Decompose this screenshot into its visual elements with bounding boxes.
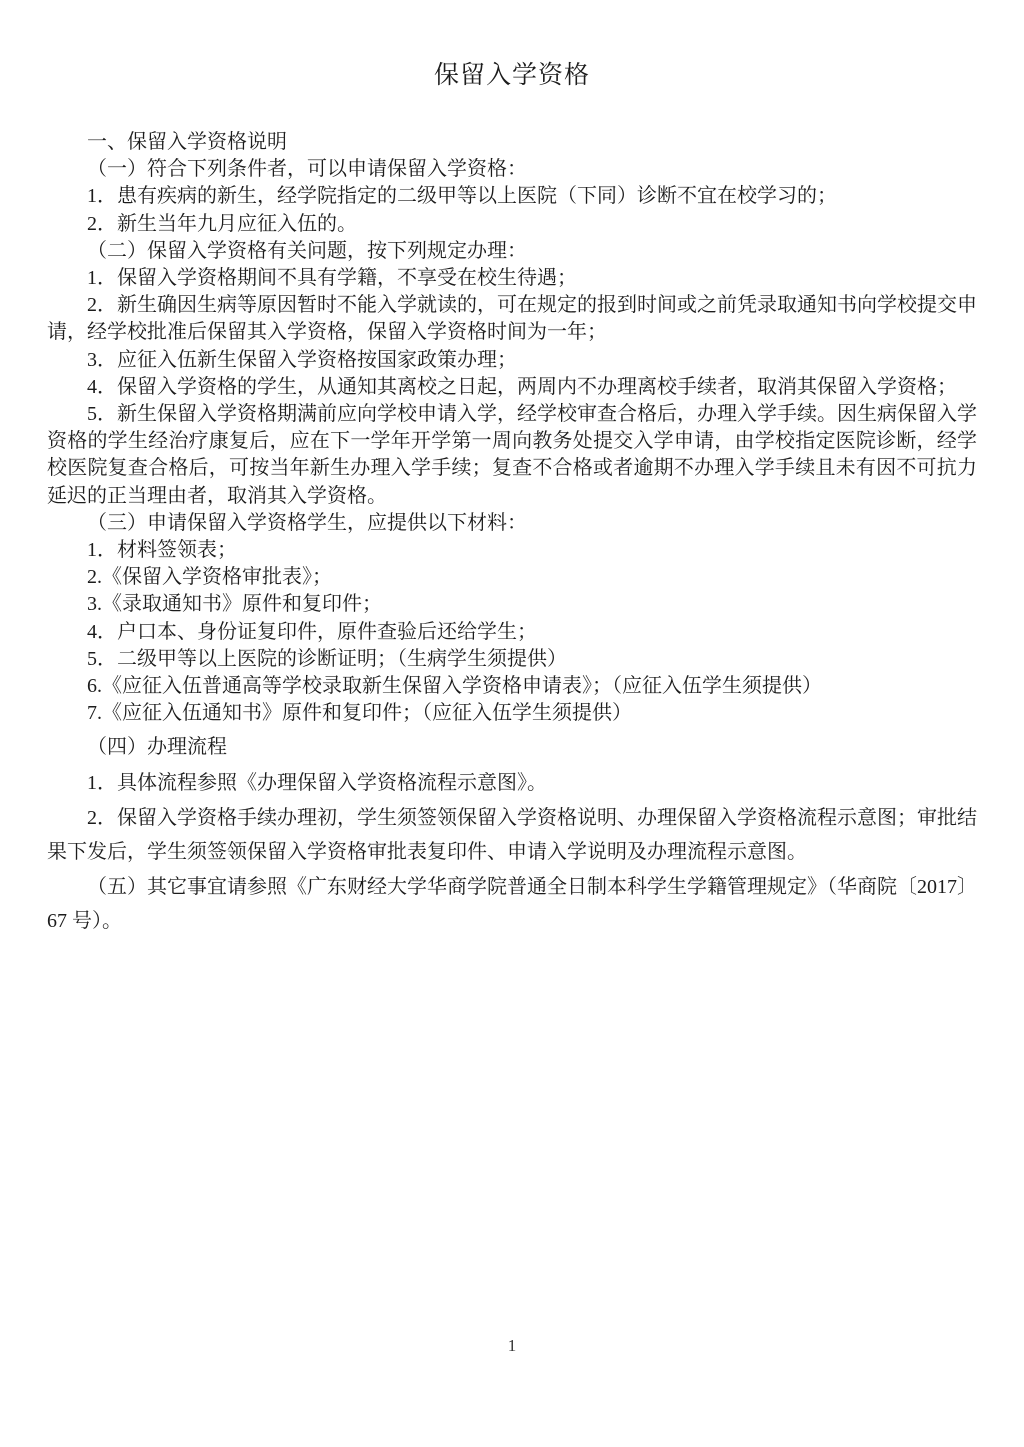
list-item: 2．新生当年九月应征入伍的。 bbox=[47, 211, 977, 238]
list-item: 5．二级甲等以上医院的诊断证明；（生病学生须提供） bbox=[47, 646, 977, 673]
list-item: 4．保留入学资格的学生，从通知其离校之日起，两周内不办理离校手续者，取消其保留入… bbox=[47, 374, 977, 401]
list-item: 2．保留入学资格手续办理初，学生须签领保留入学资格说明、办理保留入学资格流程示意… bbox=[47, 802, 977, 869]
section-heading: 一、保留入学资格说明 bbox=[47, 129, 977, 156]
subsection-heading: （二）保留入学资格有关问题，按下列规定办理： bbox=[47, 238, 977, 265]
page-title: 保留入学资格 bbox=[0, 0, 1024, 91]
subsection-heading: （一）符合下列条件者，可以申请保留入学资格： bbox=[47, 156, 977, 183]
list-item: 2.《保留入学资格审批表》； bbox=[47, 564, 977, 591]
subsection-heading: （四）办理流程 bbox=[47, 731, 977, 765]
list-item: 5．新生保留入学资格期满前应向学校申请入学，经学校审查合格后，办理入学手续。因生… bbox=[47, 401, 977, 510]
list-item: 1．材料签领表； bbox=[47, 537, 977, 564]
list-item: 1．患有疾病的新生，经学院指定的二级甲等以上医院（下同）诊断不宜在校学习的； bbox=[47, 183, 977, 210]
list-item: 1．具体流程参照《办理保留入学资格流程示意图》。 bbox=[47, 767, 977, 801]
document-page: 保留入学资格 一、保留入学资格说明 （一）符合下列条件者，可以申请保留入学资格：… bbox=[0, 0, 1024, 1447]
list-item: 1．保留入学资格期间不具有学籍，不享受在校生待遇； bbox=[47, 265, 977, 292]
list-item: 7.《应征入伍通知书》原件和复印件；（应征入伍学生须提供） bbox=[47, 700, 977, 727]
subsection-heading: （五）其它事宜请参照《广东财经大学华商学院普通全日制本科学生学籍管理规定》（华商… bbox=[47, 871, 977, 938]
list-item: 3.《录取通知书》原件和复印件； bbox=[47, 591, 977, 618]
list-item: 4．户口本、身份证复印件，原件查验后还给学生； bbox=[47, 619, 977, 646]
list-item: 6.《应征入伍普通高等学校录取新生保留入学资格申请表》；（应征入伍学生须提供） bbox=[47, 673, 977, 700]
subsection-heading: （三）申请保留入学资格学生，应提供以下材料： bbox=[47, 510, 977, 537]
list-item: 3．应征入伍新生保留入学资格按国家政策办理； bbox=[47, 347, 977, 374]
document-body: 一、保留入学资格说明 （一）符合下列条件者，可以申请保留入学资格： 1．患有疾病… bbox=[0, 129, 1024, 938]
page-number: 1 bbox=[0, 1336, 1024, 1356]
list-item: 2．新生确因生病等原因暂时不能入学就读的，可在规定的报到时间或之前凭录取通知书向… bbox=[47, 292, 977, 346]
